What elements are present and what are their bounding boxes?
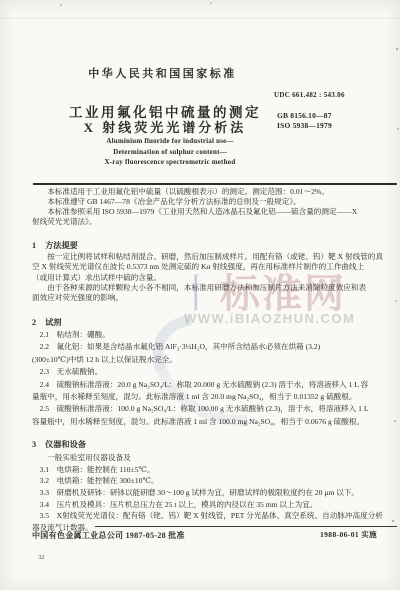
text-line: 本标准适用于工业用氟化铝中硫量（以硫酸根表示）的测定。测定范围：0.01～2%。 [32, 187, 398, 197]
document-title-line2: X 射线荧光光谱分析法 [30, 117, 300, 136]
national-standard-label: 中华人民共和国国家标准 [30, 65, 295, 81]
text-line: 2.4 硫酸钠标准溶液：20.0 g Na₂SO₄/L：称取 20.000 g … [32, 379, 398, 391]
english-title-line2: Determination of sulphur content— [30, 147, 310, 158]
section-body-method-summary: 按一定比例将试样和粘结剂混合、研磨，然后加压制成样片。用配有铬（或铑、钨）靶 X… [32, 252, 398, 303]
english-title-line1: Aluminium fluoride for industrial use— [30, 136, 310, 147]
text-line: 空 X 射线荧光光谱仪在波长 0.5373 nm 处测定硫的 Kα 射线强度，再… [32, 262, 398, 272]
scope-paragraph: 本标准适用于工业用氟化铝中硫量（以硫酸根表示）的测定。测定范围：0.01～2%。… [32, 187, 398, 227]
iso-code: ISO 5938—1979 [277, 121, 332, 131]
text-line: 量瓶中，用水稀释至刻度，混匀。此标准溶液 1 ml 含 20.0 mg Na₂S… [32, 391, 398, 403]
page-number: 32 [38, 554, 45, 561]
header-divider-rule [33, 183, 397, 185]
english-title-line3: X-ray fluorescence spectrometric method [30, 157, 310, 168]
english-title: Aluminium fluoride for industrial use— D… [30, 136, 310, 168]
standard-codes: GB 8156.10—87 ISO 5938—1979 [277, 111, 332, 130]
text-line: 3.4 压片机及模具：压片机总压力在 25 t 以上，模具的内径以在 35 mm… [32, 499, 398, 511]
section-title: 试剂 [45, 318, 61, 327]
scan-noise-specks [0, 0, 2, 2]
gb-code: GB 8156.10—87 [277, 111, 332, 121]
text-line: 2.2 氟化铝：如果是含结晶水氟化铝 AlF₃·3½H₂O，其中所含结晶水必须在… [32, 341, 398, 353]
section-heading-reagents: 2试剂 [32, 317, 61, 328]
section-heading-apparatus: 3仪器和设备 [32, 439, 86, 450]
footer-divider-rule [95, 526, 397, 527]
text-line: 本标准参照采用 ISO 5938—1979《工业用天然和人造冰晶石及氟化铝——硫… [32, 207, 398, 217]
scan-artifact-line [0, 18, 400, 19]
text-line: 由于各种来源的试样颗粒大小各不相同，本标准用研磨方法和加压制片方法来消除粒度效应… [32, 283, 398, 293]
text-line: 3.3 研磨机及研钵：研钵以能研磨 30～100 g 试样为宜，研磨试样的极限粒… [32, 487, 398, 499]
text-line: （或用计算式）求出试样中硫的含量。 [32, 273, 398, 283]
text-line: 3.1 电烘箱：能控制在 110±5℃。 [32, 464, 398, 476]
text-line: 2.1 粘结剂：硼酸。 [32, 329, 398, 341]
watermark-url: WWW.iBIAOZHUN.COM [184, 311, 355, 326]
standard-document-page: 丨标准网 WWW.iBIAOZHUN.COM 中华人民共和国国家标准 UDC 6… [0, 0, 400, 590]
section-number: 3 [32, 440, 36, 449]
section-title: 方法提要 [45, 241, 78, 250]
section-number: 2 [32, 318, 36, 327]
text-line: 一般实验室用仪器设备及 [32, 452, 398, 464]
text-line: 面效应对荧光强度的影响。 [32, 293, 398, 303]
section-body-apparatus: 一般实验室用仪器设备及 3.1 电烘箱：能控制在 110±5℃。 3.2 电烘箱… [32, 452, 398, 534]
text-line: 射线荧光光谱法》。 [32, 217, 398, 227]
text-line: 2.3 无水硫酸钠。 [32, 366, 398, 378]
text-line: 本标准遵守 GB 1467—78《冶金产品化学分析方法标准的总则及一般规定》。 [32, 197, 398, 207]
udc-code: UDC 661.482 : 543.06 [274, 91, 345, 99]
implementation-date: 1988-06-01 实施 [320, 529, 377, 540]
text-line: 2.5 硫酸钠标准溶液：100.0 g Na₂SO₄/L：称取 100.00 g… [32, 403, 398, 415]
section-heading-method-summary: 1方法提要 [32, 240, 78, 251]
approval-statement: 中国有色金属工业总公司 1987-05-28 批准 [32, 530, 185, 541]
text-line: 容量瓶中，用水稀释至刻度，混匀。此标准溶液 1 ml 含 100.0 mg Na… [32, 416, 398, 428]
text-line: 3.2 电烘箱：能控制在 300±10℃。 [32, 475, 398, 487]
text-line: 3.5 X射线荧光光谱仪：配有铬（铑、钨）靶 X 射线管，PET 分光晶体、真空… [32, 510, 398, 522]
text-line: (300±10℃)中烘 12 h 以上以保证脱水完全。 [32, 354, 398, 366]
section-title: 仪器和设备 [45, 440, 86, 449]
section-number: 1 [32, 241, 36, 250]
section-body-reagents: 2.1 粘结剂：硼酸。 2.2 氟化铝：如果是含结晶水氟化铝 AlF₃·3½H₂… [32, 329, 398, 428]
text-line: 按一定比例将试样和粘结剂混合、研磨，然后加压制成样片。用配有铬（或铑、钨）靶 X… [32, 252, 398, 262]
